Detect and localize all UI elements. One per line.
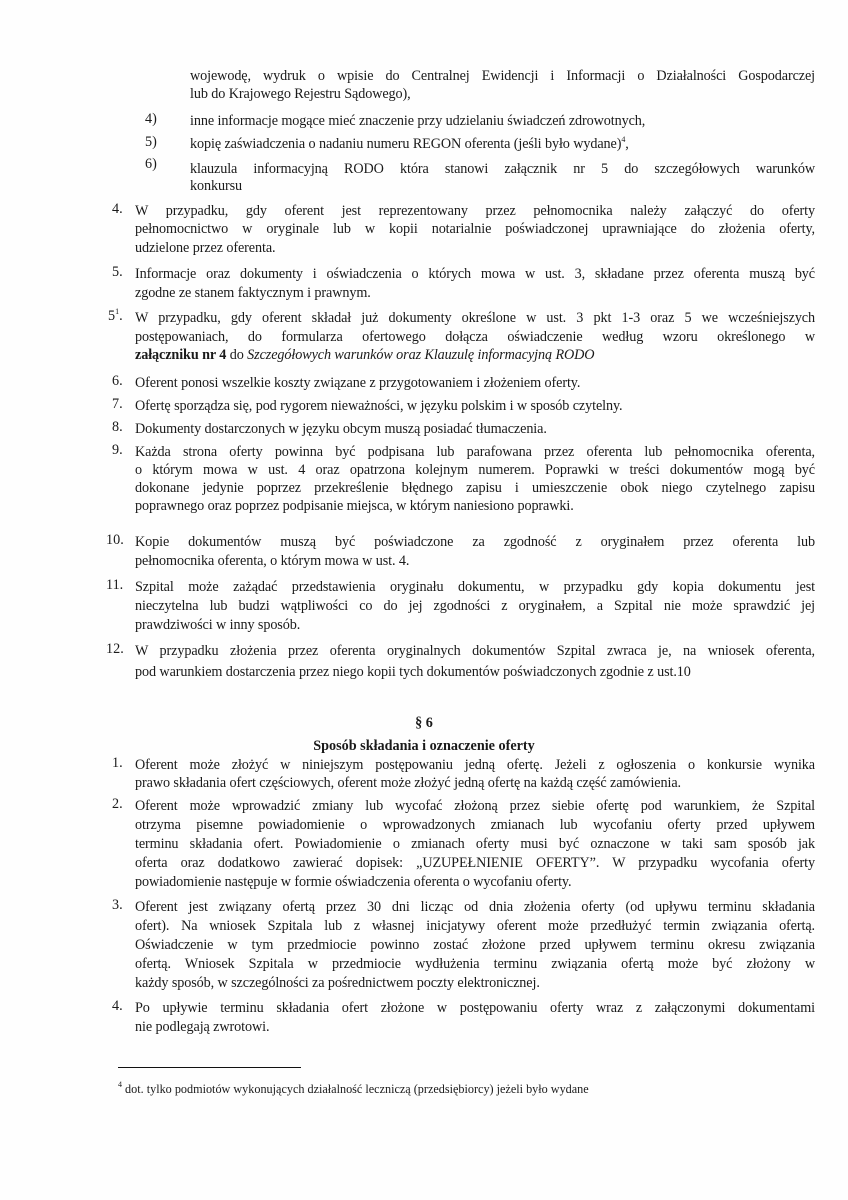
footnote: 4 dot. tylko podmiotów wykonujących dzia… — [118, 1082, 589, 1097]
subitem-text: konkursu — [190, 178, 242, 195]
item-text: oferta oraz dodatkowo zawierać dopisek: … — [135, 855, 815, 872]
item-text: Każda strona oferty powinna być podpisan… — [135, 444, 815, 461]
item-number-suffix: . — [119, 308, 123, 324]
item-number: 11. — [106, 577, 123, 594]
subitem-text-punct: , — [625, 136, 628, 152]
item-number: 5. — [112, 264, 123, 281]
item-text: poprawnego oraz poprzez podpisanie miejs… — [135, 498, 574, 515]
item-number: 2. — [112, 796, 123, 813]
item-number: 6. — [112, 373, 123, 390]
footnote-number: 4 — [118, 1080, 122, 1089]
item-text: Oferent jest związany ofertą przez 30 dn… — [135, 899, 815, 916]
item-text: W przypadku złożenia przez oferenta oryg… — [135, 643, 815, 660]
item-text: zgodne ze stanem faktycznym i prawnym. — [135, 285, 371, 302]
item-text: Szpital może zażądać przedstawienia oryg… — [135, 579, 815, 596]
item-text: W przypadku, gdy oferent jest reprezento… — [135, 203, 815, 220]
item-text: każdy sposób, w szczególności za pośredn… — [135, 975, 540, 992]
item-text: o którym mowa w ust. 4 oraz opatrzona ko… — [135, 462, 815, 479]
item-text: postępowaniach, do formularza ofertowego… — [135, 329, 815, 346]
subitem-3-continuation-line-2: lub do Krajowego Rejestru Sądowego), — [190, 86, 411, 103]
item-text: W przypadku, gdy oferent składał już dok… — [135, 310, 815, 327]
item-text: załączniku nr 4 do Szczegółowych warunkó… — [135, 347, 594, 364]
item-text: pełnomocnika oferenta, o którym mowa w u… — [135, 553, 409, 570]
item-number: 8. — [112, 419, 123, 436]
subitem-text: klauzula informacyjną RODO która stanowi… — [190, 161, 815, 178]
item-text: Informacje oraz dokumenty i oświadczenia… — [135, 266, 815, 283]
subitem-text-main: kopię zaświadczenia o nadaniu numeru REG… — [190, 136, 621, 152]
subitem-3-continuation-line-1: wojewodę, wydruk o wpisie do Centralnej … — [190, 68, 815, 85]
item-text: powiadomienie następuje w formie oświadc… — [135, 874, 571, 891]
item-text: Oferent może złożyć w niniejszym postępo… — [135, 757, 815, 774]
item-number: 1. — [112, 755, 123, 772]
item-text: ofert). Na wniosek Szpitala lub z własne… — [135, 918, 815, 935]
section-title: Sposób składania i oznaczenie oferty — [0, 738, 848, 755]
subitem-number: 4) — [145, 111, 157, 128]
item-text: Oświadczenie w tym przedmiocie powinno z… — [135, 937, 815, 954]
footnote-separator — [118, 1067, 301, 1068]
item-text: Dokumenty dostarczonych w języku obcym m… — [135, 421, 547, 438]
subitem-text: kopię zaświadczenia o nadaniu numeru REG… — [190, 136, 629, 153]
item-text: prawdziwości w inny sposób. — [135, 617, 300, 634]
item-text: prawo składania ofert częściowych, ofere… — [135, 775, 681, 792]
item-number: 51. — [108, 308, 123, 325]
item-text: Oferent ponosi wszelkie koszty związane … — [135, 375, 580, 392]
footnote-text: dot. tylko podmiotów wykonujących działa… — [125, 1082, 589, 1096]
item-number: 3. — [112, 897, 123, 914]
item-text: udzielone przez oferenta. — [135, 240, 275, 257]
subitem-number: 6) — [145, 156, 157, 173]
section-symbol: § 6 — [0, 715, 848, 732]
item-text: pełnomocnictwo w oryginale lub w kopii n… — [135, 221, 815, 238]
item-text: dokonane jedynie poprzez przekreślenie b… — [135, 480, 815, 497]
item-text: Ofertę sporządza się, pod rygorem nieważ… — [135, 398, 623, 415]
item-text: Po upływie terminu składania ofert złożo… — [135, 1000, 815, 1017]
item-text: nie podlegają zwrotowi. — [135, 1019, 269, 1036]
item-text-plain: do — [226, 347, 247, 363]
item-text: Kopie dokumentów muszą być poświadczone … — [135, 534, 815, 551]
item-number: 10. — [106, 532, 124, 549]
item-number: 12. — [106, 641, 124, 658]
item-text: Oferent może wprowadzić zmiany lub wycof… — [135, 798, 815, 815]
item-number: 4. — [112, 998, 123, 1015]
item-text: pod warunkiem dostarczenia przez niego k… — [135, 664, 691, 681]
item-text: ofertą. Wniosek Szpitala w przedmiocie w… — [135, 956, 815, 973]
item-number: 9. — [112, 442, 123, 459]
item-text: nieczytelna lub budzi wątpliwości co do … — [135, 598, 815, 615]
item-text: otrzyma pisemne powiadomienie o wprowadz… — [135, 817, 815, 834]
subitem-number: 5) — [145, 134, 157, 151]
document-title-reference: Szczegółowych warunków oraz Klauzulę inf… — [247, 347, 594, 363]
attachment-reference: załączniku nr 4 — [135, 347, 226, 363]
item-number: 7. — [112, 396, 123, 413]
item-text: terminu składania ofert. Powiadomienie o… — [135, 836, 815, 853]
item-number: 4. — [112, 201, 123, 218]
subitem-text: inne informacje mogące mieć znaczenie pr… — [190, 113, 645, 130]
document-page: wojewodę, wydruk o wpisie do Centralnej … — [0, 0, 848, 1200]
